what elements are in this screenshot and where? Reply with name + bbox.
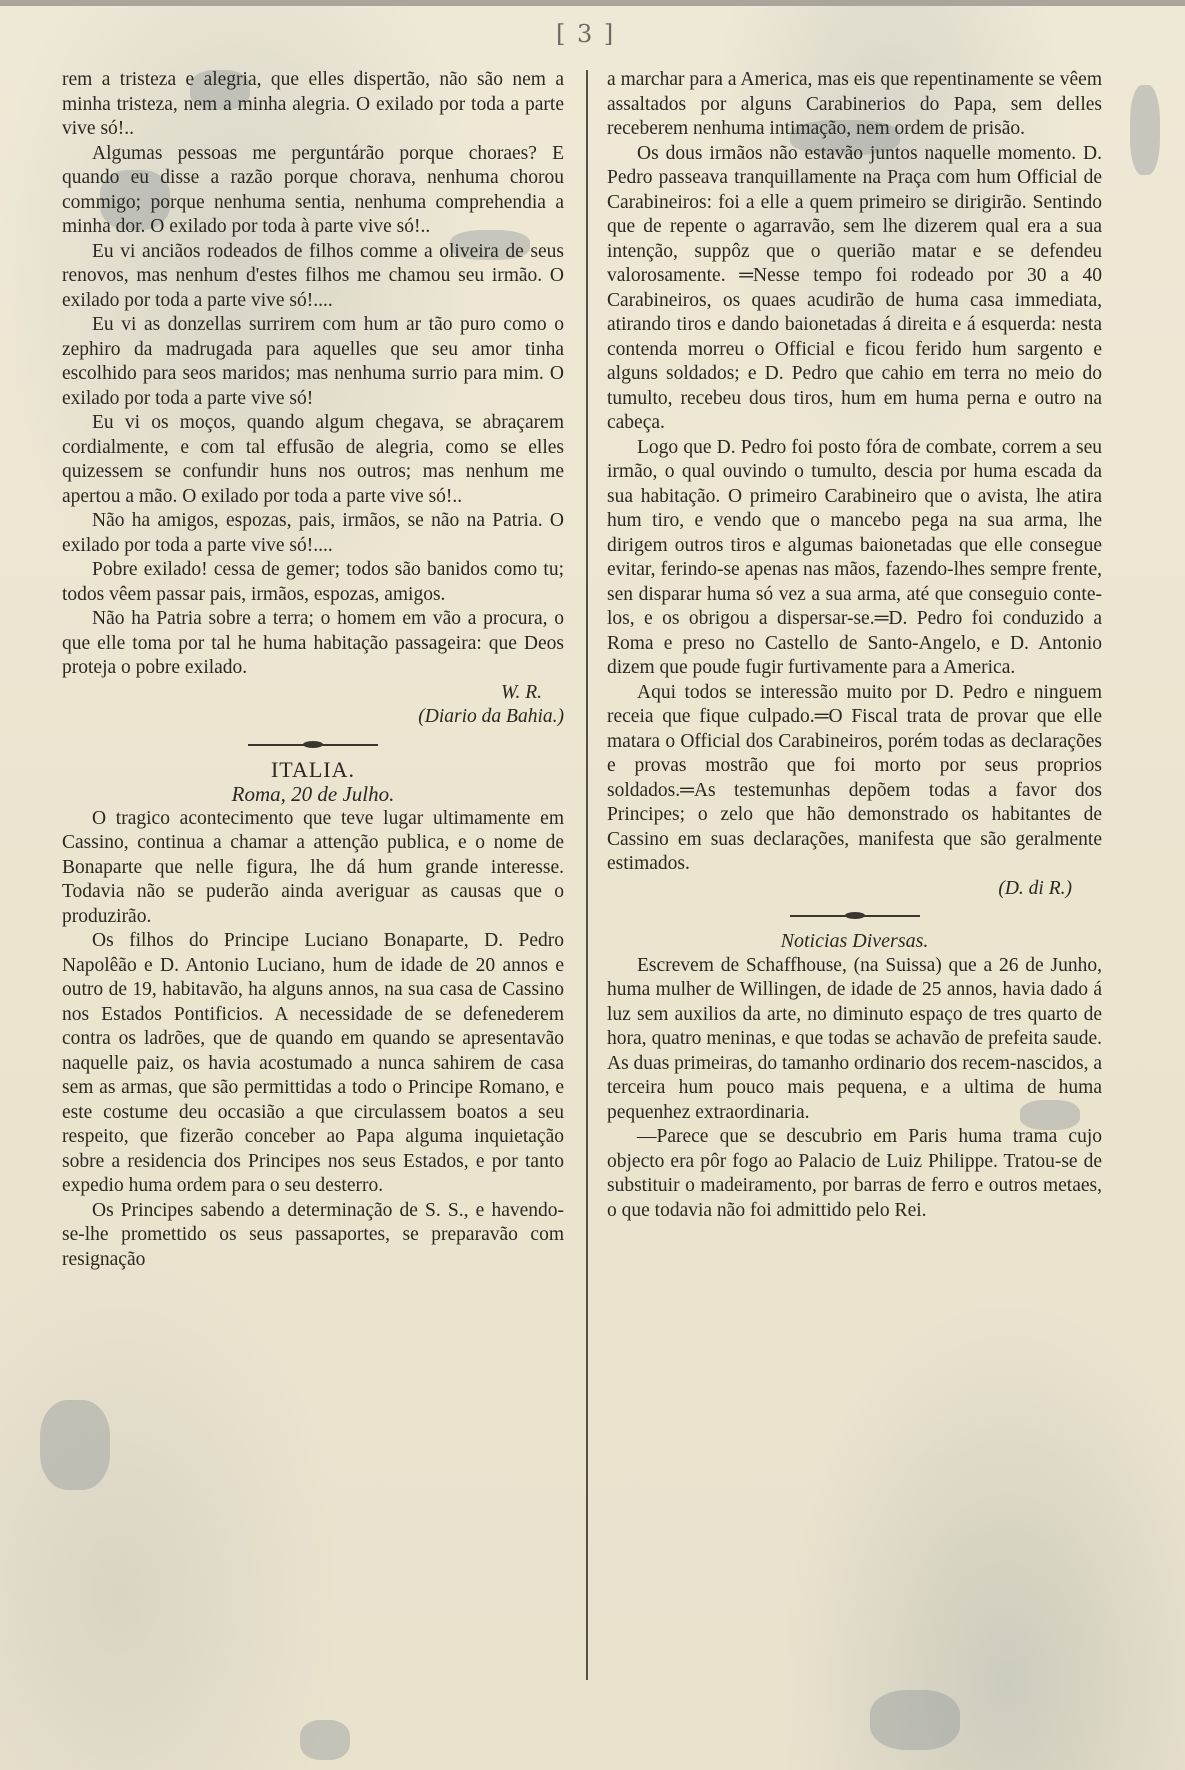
poem-signature: W. R.	[62, 681, 564, 706]
article-paragraph: Logo que D. Pedro foi posto fóra de comb…	[607, 436, 1102, 681]
poem-paragraph: rem a tristeza e alegria, que elles disp…	[62, 68, 564, 142]
poem-paragraph: Eu vi as donzellas surrirem com hum ar t…	[62, 313, 564, 411]
section-divider	[790, 911, 920, 921]
poem-paragraph: Pobre exilado! cessa de gemer; todos são…	[62, 558, 564, 607]
water-stain	[870, 1690, 960, 1750]
article-paragraph: O tragico acontecimento que teve lugar u…	[62, 807, 564, 930]
section-title-noticias: Noticias Diversas.	[607, 929, 1102, 954]
poem-paragraph: Eu vi os moços, quando algum chegava, se…	[62, 411, 564, 509]
article-source: (D. di R.)	[607, 877, 1102, 902]
article-paragraph: a marchar para a America, mas eis que re…	[607, 68, 1102, 142]
section-divider	[248, 740, 378, 750]
newspaper-page: [ 3 ] rem a tristeza e alegria, que elle…	[0, 0, 1185, 1770]
news-paragraph: Escrevem de Schaffhouse, (na Suissa) que…	[607, 954, 1102, 1126]
water-stain	[40, 1400, 110, 1490]
section-title-italia: ITALIA.	[62, 758, 564, 783]
poem-paragraph: Eu vi anciãos rodeados de filhos comme a…	[62, 240, 564, 314]
article-paragraph: Os filhos do Principe Luciano Bonaparte,…	[62, 929, 564, 1199]
page-number: [ 3 ]	[556, 20, 615, 48]
poem-source: (Diario da Bahia.)	[62, 705, 564, 730]
dateline: Roma, 20 de Julho.	[62, 782, 564, 807]
article-paragraph: Os dous irmãos não estavão juntos naquel…	[607, 142, 1102, 436]
right-column: a marchar para a America, mas eis que re…	[607, 68, 1102, 1223]
poem-paragraph: Algumas pessoas me perguntárão porque ch…	[62, 142, 564, 240]
page-top-edge	[0, 0, 1185, 6]
poem-paragraph: Não ha amigos, espozas, pais, irmãos, se…	[62, 509, 564, 558]
left-column: rem a tristeza e alegria, que elles disp…	[62, 68, 564, 1272]
column-rule	[586, 70, 588, 1680]
water-stain	[300, 1720, 350, 1760]
article-paragraph: Aqui todos se interessão muito por D. Pe…	[607, 681, 1102, 877]
article-paragraph: Os Principes sabendo a determinação de S…	[62, 1199, 564, 1273]
poem-paragraph: Não ha Patria sobre a terra; o homem em …	[62, 607, 564, 681]
water-stain	[1130, 85, 1160, 175]
news-paragraph: —Parece que se descubrio em Paris huma t…	[607, 1125, 1102, 1223]
